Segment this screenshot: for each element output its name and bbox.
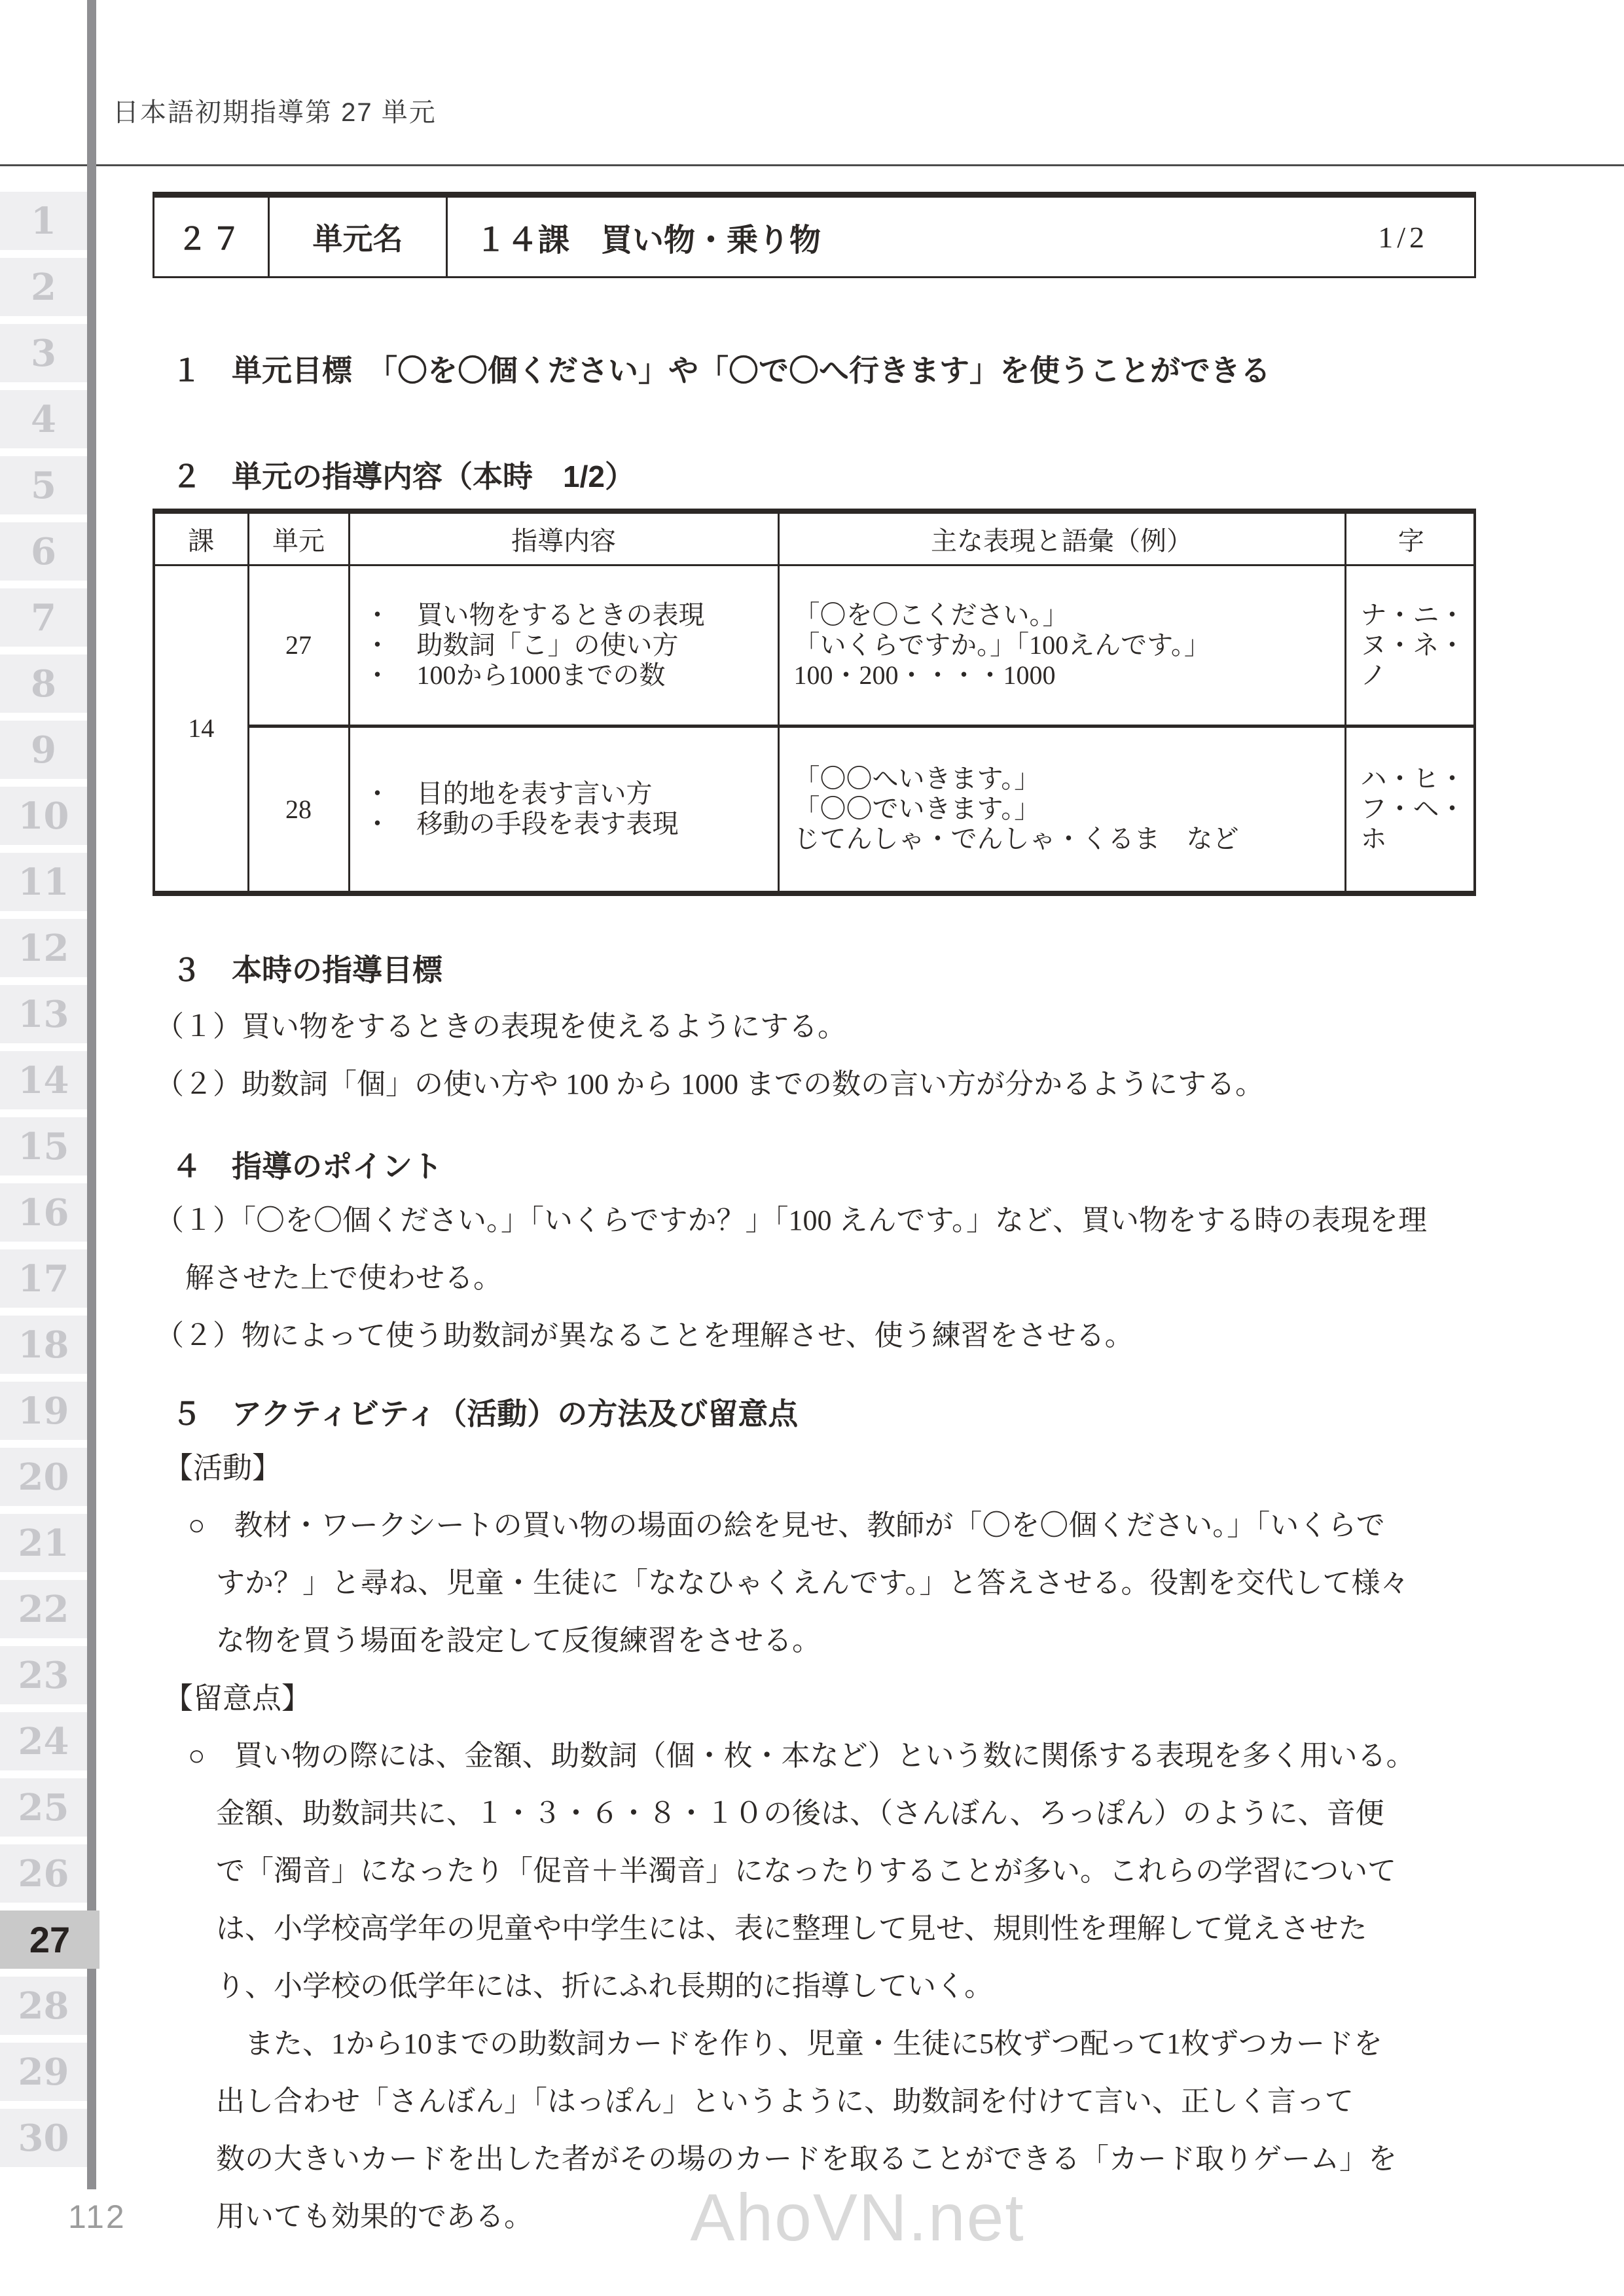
text-line: （１）買い物をするときの表現を使えるようにする。 xyxy=(155,998,1476,1056)
section3-heading: ３ 本時の指導目標 xyxy=(171,951,1476,989)
unit-cell: 28 xyxy=(248,726,349,891)
text-line: ・ 目的地を表す言い方 xyxy=(365,779,778,809)
notes-cont-lines: 金額、助数詞共に、１・３・６・８・１０の後は、（さんぼん、ろっぽん）のように、音… xyxy=(153,1785,1476,2246)
text-line: （２）助数詞「個」の使い方や 100 から 1000 までの数の言い方が分かるよ… xyxy=(155,1056,1476,1113)
section2-heading: ２ 単元の指導内容（本時 1/2） xyxy=(171,457,1476,495)
sidebar-tab-4: 4 xyxy=(0,390,87,448)
text-line: ○ 教材・ワークシートの買い物の場面の絵を見せ、教師が「〇を〇個ください。」「い… xyxy=(188,1497,1476,1554)
header-rule xyxy=(0,164,1624,166)
text-line: ・ 買い物をするときの表現 xyxy=(365,600,778,630)
text-line: ヌ・ネ・ xyxy=(1361,630,1477,660)
unit-header-table: ２７ 単元名 １４課 買い物・乗り物 1/2 xyxy=(153,192,1476,278)
section4-heading: ４ 指導のポイント xyxy=(171,1147,1476,1185)
col-header-unit: 単元 xyxy=(248,514,349,565)
expressions-cell: 「〇〇へいきます。」「〇〇でいきます。」じてんしゃ・でんしゃ・くるま など xyxy=(778,726,1345,891)
sidebar-tab-8: 8 xyxy=(0,655,87,713)
unit-name-label: 単元名 xyxy=(270,198,448,276)
document-page: 日本語初期指導第 27 単元 1234567891011121314151617… xyxy=(0,0,1624,2296)
table-header-row: 課 単元 指導内容 主な表現と語彙（例） 字 xyxy=(155,514,1476,565)
sidebar-tab-21: 21 xyxy=(0,1514,87,1572)
lesson-cell: 14 xyxy=(155,565,248,891)
sidebar-tab-22: 22 xyxy=(0,1580,87,1638)
text-line: ホ xyxy=(1361,824,1477,854)
sidebar-tab-7: 7 xyxy=(0,588,87,647)
sidebar-tab-23: 23 xyxy=(0,1646,87,1704)
main-content: ２７ 単元名 １４課 買い物・乗り物 1/2 １ 単元目標 「〇を〇個ください」… xyxy=(153,192,1476,2246)
text-line: （２）物によって使う助数詞が異なることを理解させ、使う練習をさせる。 xyxy=(155,1307,1476,1365)
section5-body: 【活動】 ○ 教材・ワークシートの買い物の場面の絵を見せ、教師が「〇を〇個くださ… xyxy=(153,1439,1476,2246)
sidebar-tabs: 1234567891011121314151617181920212223242… xyxy=(0,192,105,2175)
sidebar-tab-17: 17 xyxy=(0,1249,87,1308)
text-line: また、1から10までの助数詞カードを作り、児童・生徒に5枚ずつ配って1枚ずつカー… xyxy=(216,2015,1476,2073)
activity-cont-lines: すか？」と尋ね、児童・生徒に「ななひゃくえんです。」と答えさせる。役割を交代して… xyxy=(153,1554,1476,1670)
text-line: 金額、助数詞共に、１・３・６・８・１０の後は、（さんぼん、ろっぽん）のように、音… xyxy=(216,1785,1476,1842)
section1-heading: １ 単元目標 「〇を〇個ください」や「〇で〇へ行きます」を使うことができる xyxy=(171,351,1476,389)
sidebar-tab-1: 1 xyxy=(0,192,87,250)
text-line: すか？」と尋ね、児童・生徒に「ななひゃくえんです。」と答えさせる。役割を交代して… xyxy=(216,1554,1476,1612)
table-row: 14 27 ・ 買い物をするときの表現・ 助数詞「こ」の使い方・ 100から10… xyxy=(155,565,1476,726)
sidebar-tab-30: 30 xyxy=(0,2109,87,2167)
unit-cell: 27 xyxy=(248,565,349,726)
section3-items: （１）買い物をするときの表現を使えるようにする。（２）助数詞「個」の使い方や 1… xyxy=(153,998,1476,1113)
sidebar-tab-9: 9 xyxy=(0,721,87,779)
text-line: ・ 助数詞「こ」の使い方 xyxy=(365,630,778,660)
sidebar-tab-28: 28 xyxy=(0,1977,87,2035)
watermark: AhoVN.net xyxy=(690,2179,1024,2256)
text-line: （１）「〇を〇個ください。」「いくらですか？」「100 えんです。」など、買い物… xyxy=(155,1192,1476,1249)
text-line: は、小学校高学年の児童や中学生には、表に整理して見せ、規則性を理解して覚えさせた xyxy=(216,1900,1476,1958)
text-line: ・ 移動の手段を表す表現 xyxy=(365,809,778,839)
characters-cell: ナ・ニ・ヌ・ネ・ノ xyxy=(1345,565,1476,726)
sidebar-tab-10: 10 xyxy=(0,787,87,845)
col-header-characters: 字 xyxy=(1345,514,1476,565)
text-line: 「〇〇へいきます。」 xyxy=(794,764,1344,794)
header-title: 日本語初期指導第 27 単元 xyxy=(113,92,437,129)
sidebar-tab-3: 3 xyxy=(0,324,87,382)
expressions-cell: 「〇を〇こください。」「いくらですか。」「100えんです。」100・200・・・… xyxy=(778,565,1345,726)
sidebar-tab-16: 16 xyxy=(0,1183,87,1242)
text-line: ナ・ニ・ xyxy=(1361,600,1477,630)
section5-heading: ５ アクティビティ（活動）の方法及び留意点 xyxy=(171,1395,1476,1433)
unit-content-table: 課 単元 指導内容 主な表現と語彙（例） 字 14 27 ・ 買い物をするときの… xyxy=(153,509,1476,896)
sidebar-tab-25: 25 xyxy=(0,1778,87,1837)
sidebar-tab-14: 14 xyxy=(0,1051,87,1109)
sidebar-tab-12: 12 xyxy=(0,919,87,977)
section4-body: （１）「〇を〇個ください。」「いくらですか？」「100 えんです。」など、買い物… xyxy=(153,1192,1476,1365)
sidebar-tab-26: 26 xyxy=(0,1844,87,1903)
notes-label: 【留意点】 xyxy=(164,1670,1476,1727)
text-line: な物を買う場面を設定して反復練習をさせる。 xyxy=(216,1612,1476,1670)
sidebar-tab-29: 29 xyxy=(0,2043,87,2101)
unit-title: １４課 買い物・乗り物 xyxy=(475,215,821,260)
sidebar-tab-20: 20 xyxy=(0,1448,87,1506)
text-line: フ・ヘ・ xyxy=(1361,794,1477,824)
activity-label: 【活動】 xyxy=(164,1439,1476,1497)
sidebar-tab-18: 18 xyxy=(0,1316,87,1374)
sidebar-tab-5: 5 xyxy=(0,456,87,514)
text-line: 「〇を〇こください。」 xyxy=(794,600,1344,630)
sidebar-tab-27: 27 xyxy=(0,1910,99,1969)
sidebar-tab-2: 2 xyxy=(0,258,87,316)
characters-cell: ハ・ヒ・フ・ヘ・ホ xyxy=(1345,726,1476,891)
text-line: ○ 買い物の際には、金額、助数詞（個・枚・本など）という数に関係する表現を多く用… xyxy=(188,1727,1476,1785)
sidebar-tab-6: 6 xyxy=(0,522,87,581)
col-header-teaching: 指導内容 xyxy=(349,514,778,565)
text-line: り、小学校の低学年には、折にふれ長期的に指導していく。 xyxy=(216,1958,1476,2015)
sidebar-tab-24: 24 xyxy=(0,1712,87,1770)
text-line: ハ・ヒ・ xyxy=(1361,764,1477,794)
text-line: 出し合わせ「さんぼん」「はっぽん」というように、助数詞を付けて言い、正しく言って xyxy=(216,2073,1476,2130)
page-number: 112 xyxy=(68,2198,126,2236)
sidebar-tab-15: 15 xyxy=(0,1117,87,1175)
text-line: で「濁音」になったり「促音＋半濁音」になったりすることが多い。これらの学習につい… xyxy=(216,1842,1476,1900)
text-line: 「〇〇でいきます。」 xyxy=(794,794,1344,824)
teaching-content-cell: ・ 買い物をするときの表現・ 助数詞「こ」の使い方・ 100から1000までの数 xyxy=(349,565,778,726)
text-line: ノ xyxy=(1361,660,1477,691)
text-line: 100・200・・・・1000 xyxy=(794,660,1344,691)
table-row: 28 ・ 目的地を表す言い方・ 移動の手段を表す表現 「〇〇へいきます。」「〇〇… xyxy=(155,726,1476,891)
text-line: ・ 100から1000までの数 xyxy=(365,660,778,691)
text-line: 「いくらですか。」「100えんです。」 xyxy=(794,630,1344,660)
text-line: じてんしゃ・でんしゃ・くるま など xyxy=(794,824,1344,854)
sidebar-tab-11: 11 xyxy=(0,853,87,911)
col-header-lesson: 課 xyxy=(155,514,248,565)
unit-title-cell: １４課 買い物・乗り物 1/2 xyxy=(448,198,1474,276)
col-header-expressions: 主な表現と語彙（例） xyxy=(778,514,1345,565)
page-indicator: 1/2 xyxy=(1378,198,1428,276)
sidebar-tab-13: 13 xyxy=(0,985,87,1043)
text-line: 解させた上で使わせる。 xyxy=(185,1249,1476,1307)
unit-number-cell: ２７ xyxy=(154,198,270,276)
teaching-content-cell: ・ 目的地を表す言い方・ 移動の手段を表す表現 xyxy=(349,726,778,891)
sidebar-tab-19: 19 xyxy=(0,1382,87,1440)
